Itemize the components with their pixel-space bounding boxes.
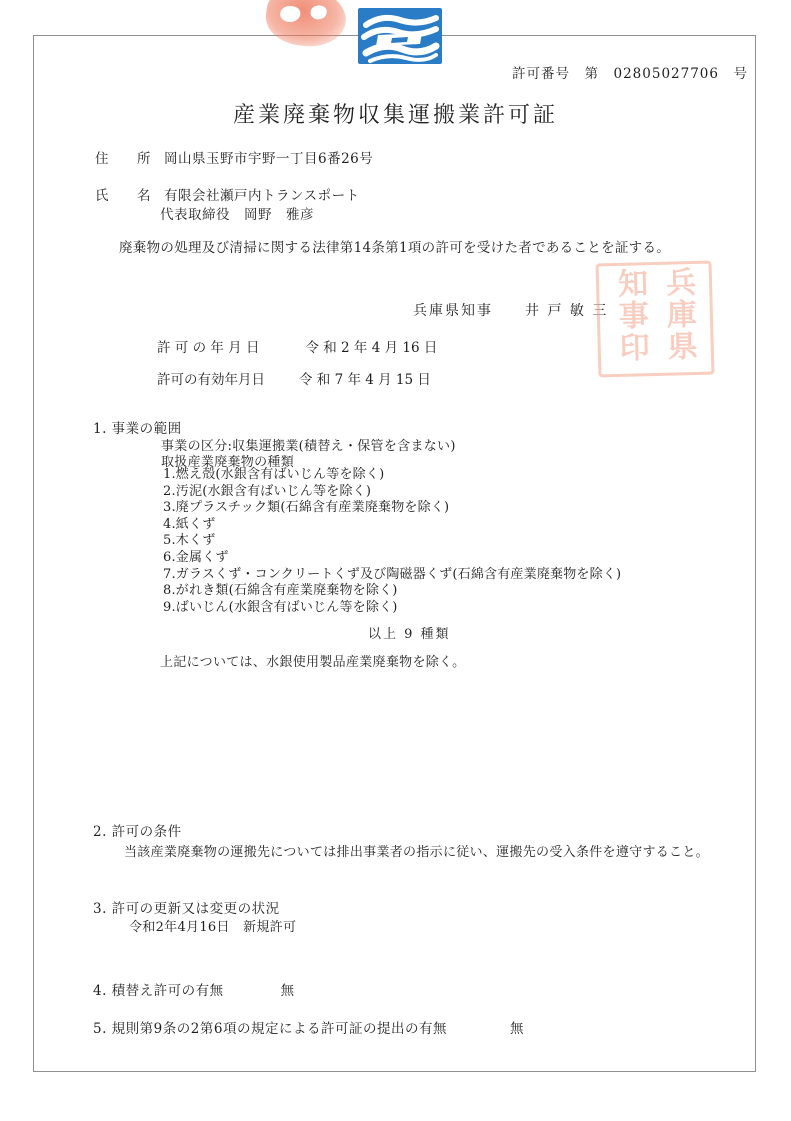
stamp-void-area <box>279 5 301 23</box>
section5-heading: 5. 規則第9条の2第6項の規定による許可証の提出の有無 <box>93 1021 447 1037</box>
hyogo-prefecture-logo-icon <box>358 8 442 64</box>
waste-item: 2.汚泥(水銀含有ばいじん等を除く) <box>163 484 621 501</box>
section1-heading: 1. 事業の範囲 <box>93 417 182 437</box>
waste-item: 9.ばいじん(水銀含有ばいじん等を除く) <box>163 600 621 617</box>
waste-item: 5.木くず <box>163 533 621 550</box>
stamp-void-area <box>310 5 328 21</box>
address-value: 岡山県玉野市宇野一丁目6番26号 <box>164 151 373 167</box>
waste-items-list: 1.燃え殻(水銀含有ばいじん等を除く) 2.汚泥(水銀含有ばいじん等を除く) 3… <box>163 467 621 616</box>
permit-number: 許可番号 第 02805027706 号 <box>512 62 748 82</box>
waste-item: 4.紙くず <box>163 517 621 534</box>
section3-body: 令和2年4月16日 新規許可 <box>129 916 296 935</box>
company-name: 有限会社瀬戸内トランスポート <box>164 188 360 204</box>
address-row: 住 所岡山県玉野市宇野一丁目6番26号 <box>95 147 373 167</box>
section5-row: 5. 規則第9条の2第6項の規定による許可証の提出の有無無 <box>93 1017 524 1037</box>
permit-date-row: 許 可 の 年 月 日令 和 2 年 4 月 16 日 <box>157 336 437 356</box>
section4-row: 4. 積替え許可の有無無 <box>93 979 295 999</box>
permit-date-label: 許 可 の 年 月 日 <box>157 340 259 356</box>
certification-statement: 廃棄物の処理及び清掃に関する法律第14条第1項の許可を受けた者であることを証する… <box>119 236 670 256</box>
governor-seal-text: 兵庫県知事印 <box>605 266 704 368</box>
section4-heading: 4. 積替え許可の有無 <box>93 983 224 999</box>
document-title: 産業廃棄物収集運搬業許可証 <box>0 98 791 129</box>
waste-item: 8.がれき類(石綿含有産業廃棄物を除く) <box>163 583 621 600</box>
permit-document: 許可番号 第 02805027706 号 産業廃棄物収集運搬業許可証 住 所岡山… <box>0 0 791 1121</box>
permit-date-value: 令 和 2 年 4 月 16 日 <box>305 340 437 356</box>
waste-item: 3.廃プラスチック類(石綿含有産業廃棄物を除く) <box>163 500 621 517</box>
waste-item: 7.ガラスくず・コンクリートくず及び陶磁器くず(石綿含有産業廃棄物を除く) <box>163 567 621 584</box>
section4-value: 無 <box>281 983 295 999</box>
name-label: 氏 名 <box>95 188 151 204</box>
waste-items-total: 以上 9 種類 <box>368 623 451 642</box>
waste-item: 1.燃え殻(水銀含有ばいじん等を除く) <box>163 467 621 484</box>
valid-date-label: 許可の有効年月日 <box>157 372 265 388</box>
waste-item: 6.金属くず <box>163 550 621 567</box>
section2-heading: 2. 許可の条件 <box>93 820 182 840</box>
governor-seal-stamp: 兵庫県知事印 <box>596 261 715 378</box>
section3-heading: 3. 許可の更新又は変更の状況 <box>93 897 280 917</box>
name-row: 氏 名有限会社瀬戸内トランスポート <box>95 184 360 204</box>
governor-name: 兵庫県知事 井 戸 敏 三 <box>413 300 608 320</box>
mercury-note: 上記については、水銀使用製品産業廃棄物を除く。 <box>160 651 465 670</box>
valid-date-row: 許可の有効年月日令 和 7 年 4 月 15 日 <box>157 368 431 388</box>
section2-body: 当該産業廃棄物の運搬先については排出事業者の指示に従い、運搬先の受入条件を遵守す… <box>124 841 709 860</box>
valid-date-value: 令 和 7 年 4 月 15 日 <box>299 372 431 388</box>
address-label: 住 所 <box>95 151 151 167</box>
representative-name: 代表取締役 岡野 雅彦 <box>160 203 314 223</box>
section5-value: 無 <box>510 1021 524 1037</box>
